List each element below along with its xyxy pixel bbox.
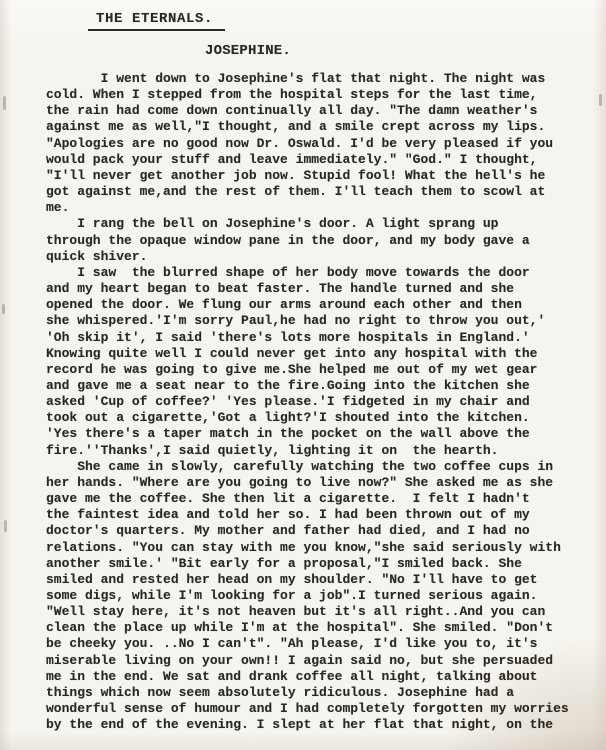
section-title: JOSEPHINE. xyxy=(205,43,606,59)
document-body: I went down to Josephine's flat that nig… xyxy=(46,71,606,733)
paragraph: She came in slowly, carefully watching t… xyxy=(46,459,606,734)
document-title: THE ETERNALS. xyxy=(88,11,225,31)
scan-artifact xyxy=(3,96,6,110)
document-page: THE ETERNALS. JOSEPHINE. I went down to … xyxy=(0,0,606,750)
scan-artifact xyxy=(599,94,602,106)
title-row: THE ETERNALS. xyxy=(0,0,606,31)
scan-artifact xyxy=(4,520,7,532)
paragraph: I went down to Josephine's flat that nig… xyxy=(46,71,606,216)
paragraph: I rang the bell on Josephine's door. A l… xyxy=(46,216,606,264)
scan-artifact xyxy=(2,304,5,314)
paragraph: I saw the blurred shape of her body move… xyxy=(46,265,606,459)
